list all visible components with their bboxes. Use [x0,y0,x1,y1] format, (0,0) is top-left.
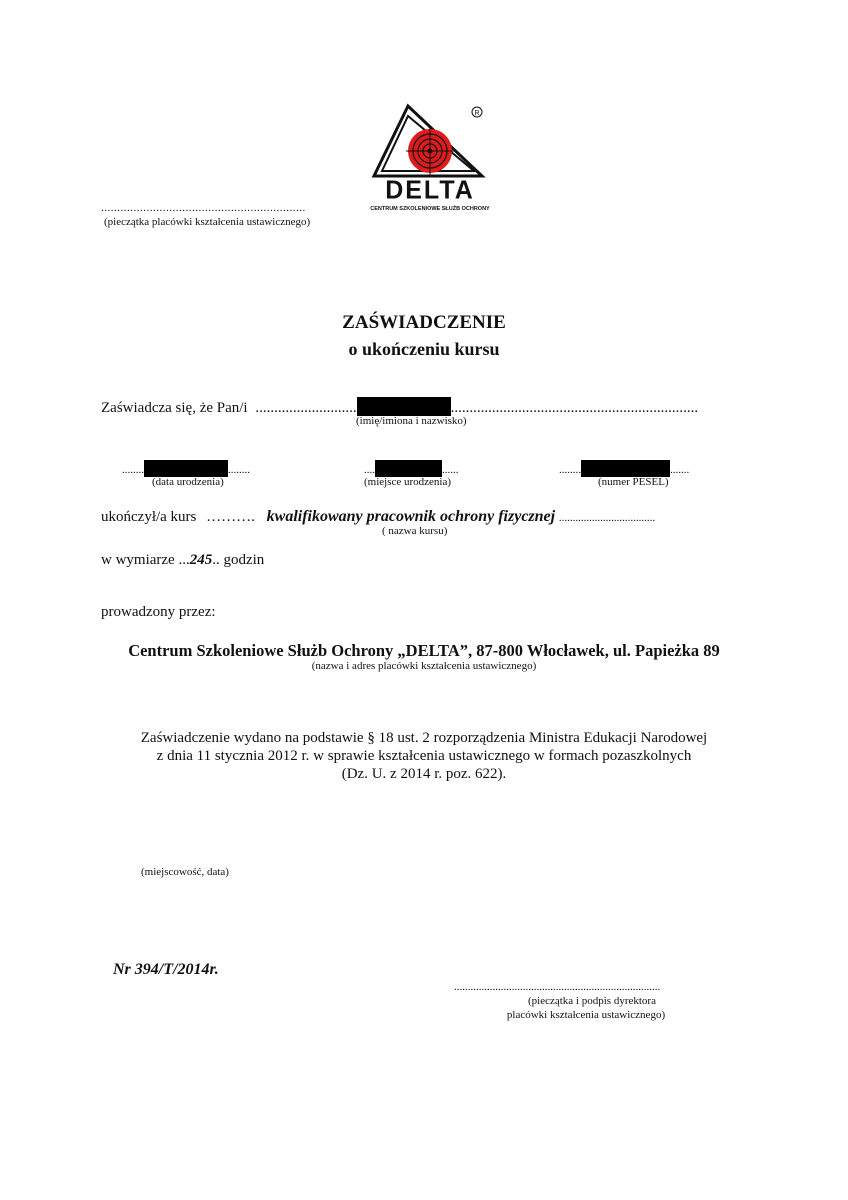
birth-place-redacted [375,460,442,477]
course-line: ukończył/a kurs ………. kwalifikowany praco… [101,508,655,526]
pesel-field: ............... [559,460,689,477]
hours-prefix: w wymiarze ... [101,552,190,568]
birth-date-label: (data urodzenia) [152,476,224,488]
stamp-label: (pieczątka placówki kształcenia ustawicz… [104,216,310,228]
birth-date-dots-right: ........ [228,464,250,476]
course-dots-right: ................................... [559,512,655,524]
hours-suffix: .. godzin [212,552,264,568]
signature-label-1: (pieczątka i podpis dyrektora [454,995,730,1007]
signature-label-2: placówki kształcenia ustawicznego) [454,1009,718,1021]
person-dots-right: ........................................… [451,400,699,416]
person-name-redacted [357,397,451,416]
pesel-dots-left: ........ [559,464,581,476]
place-date-label: (miejscowość, data) [141,866,229,878]
person-prefix: Zaświadcza się, że Pan/i [101,400,248,416]
stamp-dots: ........................................… [101,202,306,214]
logo-tagline: CENTRUM SZKOLENIOWE SŁUŻB OCHRONY [370,206,490,212]
course-dots-left: ………. [206,509,255,525]
birth-place-dots-right: ...... [442,464,459,476]
birth-place-label: (miejsce urodzenia) [364,476,451,488]
pesel-dots-right: ....... [670,464,689,476]
certificate-number: Nr 394/T/2014r. [113,961,219,979]
person-label: (imię/imiona i nazwisko) [356,415,467,427]
svg-text:R: R [474,110,479,117]
birth-date-redacted [144,460,228,477]
pesel-label: (numer PESEL) [598,476,669,488]
legal-line-2: z dnia 11 stycznia 2012 r. w sprawie ksz… [0,748,848,765]
birth-place-dots-left: .... [364,464,375,476]
provider-intro: prowadzony przez: [101,604,216,621]
hours-line: w wymiarze ...245.. godzin [101,552,264,569]
pesel-redacted [581,460,670,477]
course-label: ( nazwa kursu) [382,525,447,537]
birth-date-dots-left: ........ [122,464,144,476]
delta-logo: R DELTA CENTRUM SZKOLENIOWE SŁUŻB OCHRON… [370,100,490,218]
document-subtitle: o ukończeniu kursu [0,339,848,360]
legal-line-3: (Dz. U. z 2014 r. poz. 622). [0,766,848,783]
course-name: kwalifikowany pracownik ochrony fizyczne… [267,508,555,525]
course-prefix: ukończył/a kurs [101,509,196,525]
person-dots-left: ........................... [255,400,356,416]
birth-date-field: ................ [122,460,250,477]
provider-name: Centrum Szkoleniowe Służb Ochrony „DELTA… [0,641,848,661]
signature-dots: ........................................… [454,981,660,993]
provider-label: (nazwa i adres placówki kształcenia usta… [0,660,848,672]
logo-brand: DELTA [374,175,486,205]
person-line: Zaświadcza się, że Pan/i ...............… [101,397,698,417]
legal-line-1: Zaświadczenie wydano na podstawie § 18 u… [0,730,848,747]
document-title: ZAŚWIADCZENIE [0,312,848,334]
hours-value: 245 [190,552,213,568]
birth-place-field: .......... [364,460,459,477]
